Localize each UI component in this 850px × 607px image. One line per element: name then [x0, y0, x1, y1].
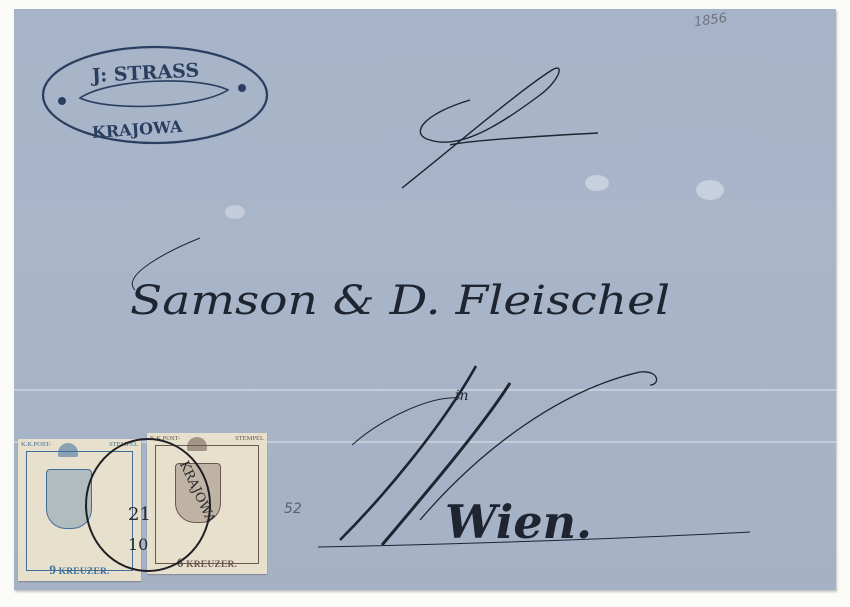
paper-spot	[225, 205, 245, 219]
eagle-coat-of-arms-icon	[175, 463, 221, 523]
stamp-value-number: 9	[49, 562, 56, 577]
stamp-top-left: K.K.POST-	[21, 441, 51, 448]
stamp-value-text: KREUZER.	[186, 560, 237, 570]
cachet-line2: KRAJOWA	[91, 117, 183, 142]
salutation-script	[402, 68, 598, 188]
city-text: Wien.	[445, 495, 592, 549]
cachet-line1: J: STRASS	[89, 59, 199, 87]
pencil-mark: 52	[284, 501, 302, 517]
stamp-6-kreuzer: K.K.POST-STEMPEL 6 KREUZER.	[147, 433, 267, 574]
stamp-top-right: STEMPEL	[109, 441, 138, 448]
stamp-top-left: K.K.POST-	[150, 435, 180, 442]
stamp-value-text: KREUZER.	[59, 567, 110, 577]
city-prefix: in	[455, 388, 469, 404]
stamp-9-kreuzer: K.K.POST-STEMPEL 9 KREUZER.	[18, 439, 141, 581]
addressee-text: Samson & D. Fleischel	[130, 278, 670, 324]
salutation-text: Herrn	[469, 144, 473, 146]
eagle-coat-of-arms-icon	[46, 469, 92, 529]
stamp-value-number: 6	[177, 555, 184, 570]
stamp-top-right: STEMPEL	[235, 435, 264, 442]
paper-spot	[696, 180, 724, 200]
paper-spot	[585, 175, 609, 191]
